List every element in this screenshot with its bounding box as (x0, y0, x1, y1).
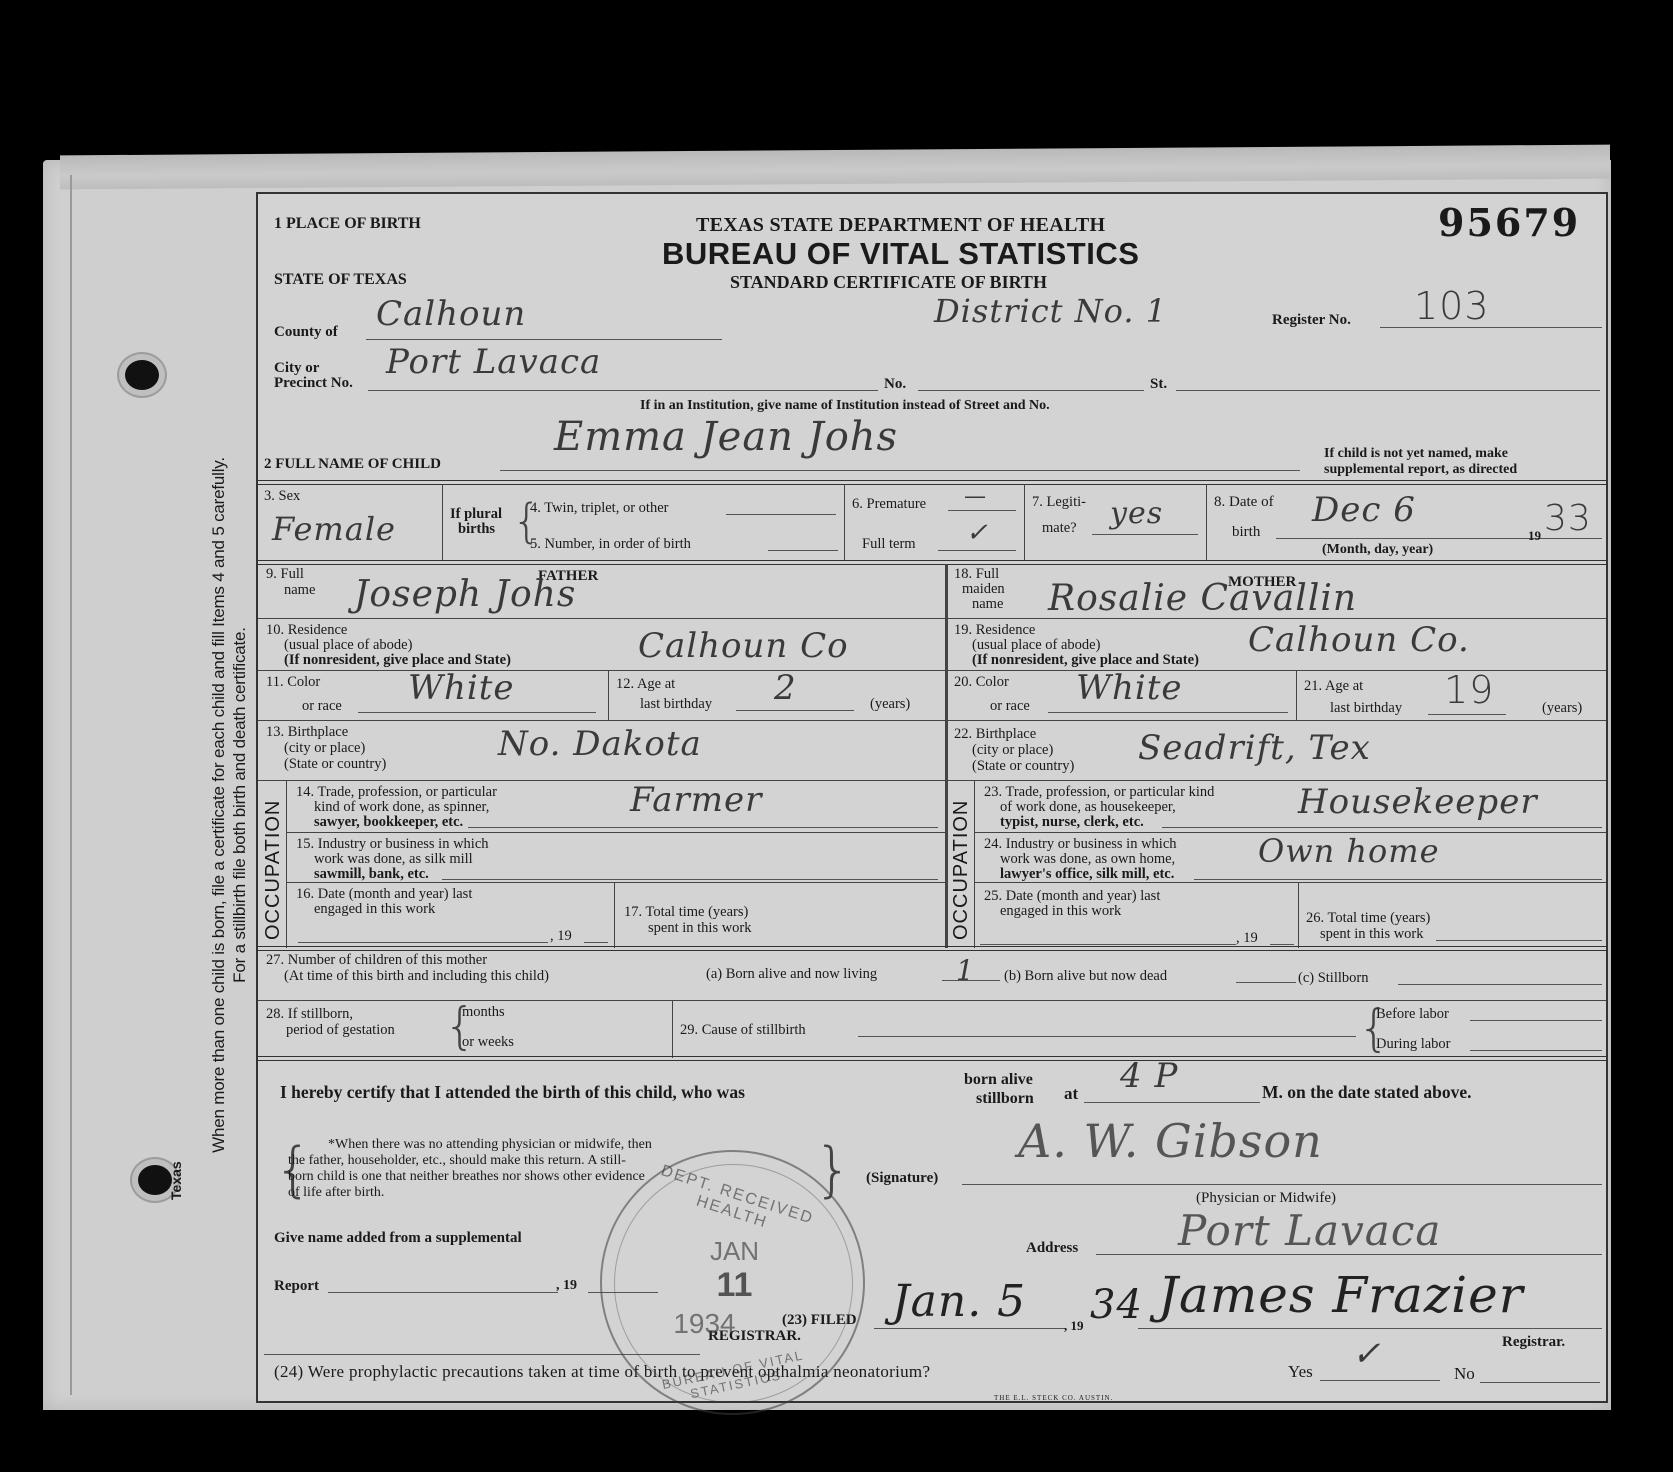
mother-color-label-2: or race (990, 698, 1030, 714)
mother-residence-label-2: (usual place of abode) (972, 637, 1100, 653)
printer-credit: THE E.L. STECK CO. AUSTIN. (994, 1394, 1113, 1402)
header-bureau: BUREAU OF VITAL STATISTICS (662, 236, 1139, 272)
father-age-label-2: last birthday (640, 696, 712, 712)
child-name-label: 2 FULL NAME OF CHILD (264, 456, 441, 472)
mother-color-value: White (1076, 668, 1183, 708)
stamp-year: 1934 (572, 1308, 837, 1340)
father-name-label-1: 9. Full (266, 566, 304, 582)
certificate-number: 95679 (1438, 200, 1580, 245)
gestation-label-1: 28. If stillborn, (266, 1006, 353, 1022)
alive-label: (a) Born alive and now living (706, 966, 877, 982)
father-residence-value: Calhoun Co (638, 626, 849, 666)
father-date-label-2: engaged in this work (314, 901, 435, 917)
mother-name-label-1: 18. Full (954, 566, 999, 582)
note-line-4: of life after birth. (288, 1186, 384, 1200)
fullterm-label: Full term (862, 536, 916, 552)
side-instructions: When more than one child is born, file a… (208, 345, 250, 1265)
dob-hint: (Month, day, year) (1322, 542, 1433, 558)
weeks-label: or weeks (462, 1034, 514, 1050)
gestation-label-2: period of gestation (286, 1022, 395, 1038)
side-instructions-line2: For a stillbirth file both birth and dea… (229, 345, 250, 1265)
institution-note: If in an Institution, give name of Insti… (640, 398, 1050, 414)
note-line-2: the father, householder, etc., should ma… (288, 1154, 626, 1168)
child-name-value: Emma Jean Johs (554, 414, 898, 460)
father-name-label-2: name (284, 582, 315, 598)
dob-value: Dec 6 (1312, 490, 1416, 530)
legit-label-1: 7. Legiti- (1032, 494, 1086, 510)
mother-residence-label-3: (If nonresident, give place and State) (972, 652, 1199, 668)
during-labor-label: During labor (1376, 1036, 1451, 1052)
father-name-value: Joseph Johs (354, 574, 576, 615)
certify-text: I hereby certify that I attended the bir… (280, 1084, 745, 1100)
father-birthplace-label-2: (city or place) (284, 740, 365, 756)
city-label-2: Precinct No. (274, 375, 353, 391)
mother-date-label-2: engaged in this work (1000, 903, 1121, 919)
dead-label: (b) Born alive but now dead (1004, 968, 1167, 984)
report-label: Report (274, 1278, 319, 1294)
no-label: No (1454, 1366, 1475, 1382)
mother-trade-label-1: 23. Trade, profession, or particular kin… (984, 784, 1214, 800)
father-industry-label-3: sawmill, bank, etc. (314, 866, 429, 882)
mother-industry-value: Own home (1258, 832, 1440, 870)
order-label: 5. Number, in order of birth (530, 536, 691, 552)
father-birthplace-label-3: (State or country) (284, 756, 386, 772)
mother-trade-value: Housekeeper (1298, 782, 1538, 822)
mother-total-label-1: 26. Total time (years) (1306, 910, 1430, 926)
father-residence-label-2: (usual place of abode) (284, 637, 412, 653)
mother-name-label-3: name (972, 596, 1003, 612)
city-value: Port Lavaca (386, 342, 601, 382)
father-age-value: 2 (774, 668, 797, 708)
plural-label-1: If plural (450, 506, 502, 522)
punch-hole-icon (138, 1165, 172, 1195)
supplemental-label: Give name added from a supplemental (274, 1230, 522, 1246)
mother-residence-value: Calhoun Co. (1248, 620, 1470, 660)
unnamed-note-2: supplemental report, as directed (1324, 462, 1517, 478)
mother-age-value: 19 (1444, 668, 1494, 712)
mother-industry-label-2: work was done, as own home, (1000, 851, 1175, 867)
mother-birthplace-label-2: (city or place) (972, 742, 1053, 758)
father-birthplace-label-1: 13. Birthplace (266, 724, 348, 740)
yes-label: Yes (1288, 1364, 1313, 1380)
dob-label-1: 8. Date of (1214, 494, 1274, 510)
mother-trade-label-2: of work done, as housekeeper, (1000, 799, 1176, 815)
city-label-1: City or (274, 360, 319, 376)
address-value: Port Lavaca (1178, 1206, 1441, 1255)
mother-date-label-1: 25. Date (month and year) last (984, 888, 1160, 904)
certify-suffix: M. on the date stated above. (1262, 1084, 1472, 1100)
father-trade-label-2: kind of work done, as spinner, (314, 799, 489, 815)
punch-hole-icon (125, 360, 159, 390)
stillborn-option: stillborn (976, 1091, 1034, 1107)
father-age-unit: (years) (870, 696, 910, 712)
father-age-label-1: 12. Age at (616, 676, 675, 692)
paper-edge (70, 175, 72, 1395)
address-label: Address (1026, 1240, 1078, 1256)
mother-name-value: Rosalie Cavallin (1048, 578, 1357, 619)
birth-time-value: 4 P (1120, 1056, 1178, 1096)
father-industry-label-2: work was done, as silk mill (314, 851, 473, 867)
father-color-label-1: 11. Color (266, 674, 320, 690)
at-label: at (1064, 1086, 1078, 1102)
legit-value: yes (1110, 496, 1163, 531)
father-birthplace-value: No. Dakota (498, 724, 702, 764)
received-stamp: DEPT. RECEIVED HEALTH JAN 11 1934 BUREAU… (600, 1150, 865, 1415)
note-line-3: born child is one that neither breathes … (288, 1170, 645, 1184)
report-century: , 19 (556, 1278, 577, 1294)
yes-check-icon: ✓ (1352, 1334, 1382, 1374)
header-certificate-type: STANDARD CERTIFICATE OF BIRTH (730, 272, 1047, 293)
father-trade-label-1: 14. Trade, profession, or particular (296, 784, 497, 800)
register-label: Register No. (1272, 312, 1351, 328)
mother-trade-label-3: typist, nurse, clerk, etc. (1000, 814, 1144, 830)
street-label: St. (1150, 376, 1167, 392)
father-residence-label-1: 10. Residence (266, 622, 347, 638)
mother-age-label-1: 21. Age at (1304, 678, 1363, 694)
signer-role: (Physician or Midwife) (1196, 1190, 1336, 1206)
alive-value: 1 (956, 954, 975, 987)
fullterm-value: ✓ (966, 518, 989, 548)
register-value: 103 (1414, 284, 1490, 328)
side-instructions-line1: When more than one child is born, file a… (208, 345, 229, 1265)
mother-color-label-1: 20. Color (954, 674, 1009, 690)
father-color-label-2: or race (302, 698, 342, 714)
father-color-value: White (408, 668, 515, 708)
mother-occupation-label: OCCUPATION (950, 800, 973, 940)
street-no-label: No. (884, 376, 906, 392)
father-occupation-label: OCCUPATION (262, 800, 285, 940)
father-industry-label-1: 15. Industry or business in which (296, 836, 489, 852)
mother-residence-label-1: 19. Residence (954, 622, 1035, 638)
signature-value: A. W. Gibson (1018, 1114, 1323, 1168)
premature-value: — (964, 484, 987, 509)
place-of-birth-label: 1 PLACE OF BIRTH (274, 216, 421, 232)
mother-total-label-2: spent in this work (1320, 926, 1424, 942)
sex-value: Female (272, 510, 396, 548)
stillborn-count-label: (c) Stillborn (1298, 970, 1368, 986)
punch-label: Texas (168, 1161, 184, 1200)
dob-label-2: birth (1232, 524, 1260, 540)
registrar-label: Registrar. (1502, 1334, 1565, 1350)
mother-industry-label-1: 24. Industry or business in which (984, 836, 1177, 852)
father-total-label-1: 17. Total time (years) (624, 904, 748, 920)
state-label: STATE OF TEXAS (274, 272, 407, 288)
mother-birthplace-label-1: 22. Birthplace (954, 726, 1036, 742)
mother-birthplace-value: Seadrift, Tex (1138, 728, 1371, 768)
signature-label: (Signature) (866, 1170, 938, 1186)
note-line-1: *When there was no attending physician o… (288, 1138, 652, 1152)
dob-century: 19 (1528, 528, 1541, 544)
mother-age-unit: (years) (1542, 700, 1582, 716)
premature-label: 6. Premature (852, 496, 926, 512)
mother-birthplace-label-3: (State or country) (972, 758, 1074, 774)
father-trade-label-3: sawyer, bookkeeper, etc. (314, 814, 463, 830)
children-label-2: (At time of this birth and including thi… (284, 968, 549, 984)
plural-label-2: births (458, 521, 495, 537)
stamp-day: 11 (602, 1266, 867, 1305)
unnamed-note-1: If child is not yet named, make (1324, 446, 1508, 462)
dob-year: 33 (1544, 498, 1592, 539)
filed-year: 34 (1090, 1282, 1143, 1328)
cause-label: 29. Cause of stillbirth (680, 1022, 806, 1038)
filed-century: , 19 (1064, 1318, 1084, 1334)
district-value: District No. 1 (934, 292, 1167, 330)
legit-label-2: mate? (1042, 520, 1077, 536)
stamp-month: JAN (602, 1236, 867, 1267)
father-total-label-2: spent in this work (648, 920, 752, 936)
registrar-signature: James Frazier (1158, 1266, 1524, 1324)
county-label: County of (274, 324, 338, 340)
header-dept: TEXAS STATE DEPARTMENT OF HEALTH (696, 214, 1105, 237)
birth-certificate-form: 1 PLACE OF BIRTH STATE OF TEXAS TEXAS ST… (256, 192, 1608, 1403)
father-date-century: , 19 (550, 928, 572, 944)
months-label: months (462, 1004, 505, 1020)
mother-date-century: , 19 (1236, 930, 1258, 946)
before-labor-label: Before labor (1376, 1006, 1449, 1022)
filed-date-value: Jan. 5 (892, 1276, 1026, 1327)
county-value: Calhoun (376, 294, 526, 334)
children-label-1: 27. Number of children of this mother (266, 952, 487, 968)
twin-label: 4. Twin, triplet, or other (530, 500, 668, 516)
born-alive-option: born alive (964, 1072, 1033, 1088)
father-date-label-1: 16. Date (month and year) last (296, 886, 472, 902)
mother-name-label-2: maiden (962, 581, 1005, 597)
father-trade-value: Farmer (630, 780, 762, 820)
mother-age-label-2: last birthday (1330, 700, 1402, 716)
mother-industry-label-3: lawyer's office, silk mill, etc. (1000, 866, 1174, 882)
father-residence-label-3: (If nonresident, give place and State) (284, 652, 511, 668)
sex-label: 3. Sex (264, 488, 300, 504)
